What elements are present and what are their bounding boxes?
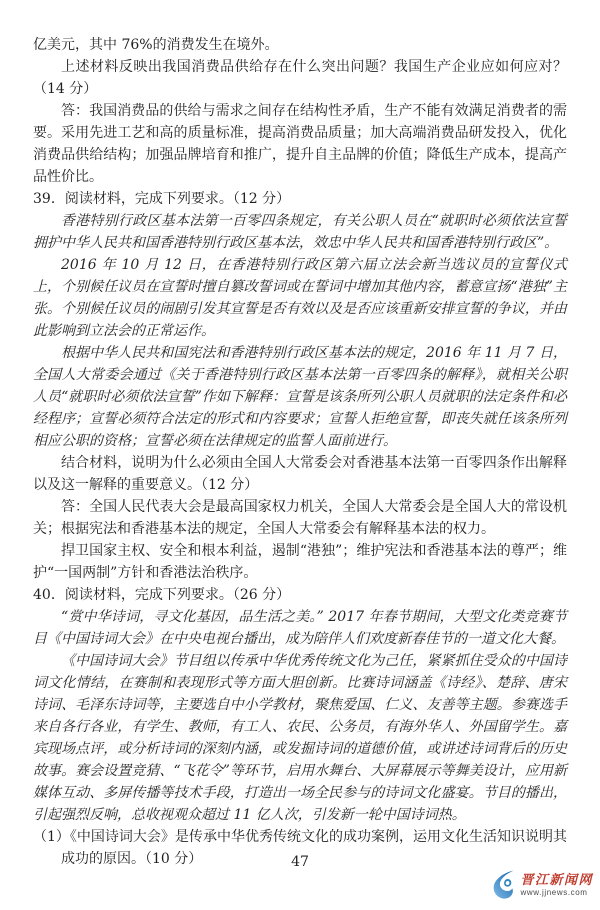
exam-paper-page: 亿美元，其中 76%的消费发生在境外。上述材料反映出我国消费品供给存在什么突出问… (0, 0, 600, 910)
material-paragraph: 香港特别行政区基本法第一百零四条规定，有关公职人员在“就职时必须依法宣誓拥护中华… (33, 210, 567, 254)
swirl-icon (491, 868, 518, 900)
material-paragraph: 2016 年 10 月 12 日，在香港特别行政区第六届立法会新当选议员的宣誓仪… (33, 254, 567, 342)
question-prompt: 上述材料反映出我国消费品供给存在什么突出问题？我国生产企业应如何应对？（14 分… (33, 56, 567, 100)
site-name: 晋江新闻网 (520, 873, 593, 888)
answer-text: 捍卫国家主权、安全和根本利益，遏制“港独”；维护宪法和香港基本法的尊严；维护“一… (33, 540, 567, 584)
carryover-text: 亿美元，其中 76%的消费发生在境外。 (33, 34, 567, 56)
question-39-heading: 39．阅读材料，完成下列要求。（12 分） (33, 188, 567, 210)
site-url: www.jjnews.com (520, 888, 587, 898)
material-paragraph: 根据中华人民共和国宪法和香港特别行政区基本法的规定，2016 年 11 月 7 … (33, 342, 567, 452)
site-watermark-logo: 晋江新闻网 www.jjnews.com (491, 868, 593, 900)
answer-text: 答：全国人民代表大会是最高国家权力机关，全国人大常委会是全国人大的常设机关；根据… (33, 496, 567, 540)
question-39-prompt: 结合材料，说明为什么必须由全国人大常委会对香港基本法第一百零四条作出解释以及这一… (33, 452, 567, 496)
question-40-heading: 40．阅读材料，完成下列要求。（26 分） (33, 584, 567, 606)
answer-text: 答：我国消费品的供给与需求之间存在结构性矛盾，生产不能有效满足消费者的需要。采用… (33, 100, 567, 188)
document-body: 亿美元，其中 76%的消费发生在境外。上述材料反映出我国消费品供给存在什么突出问… (33, 34, 567, 870)
material-paragraph: “赏中华诗词，寻文化基因，品生活之美。” 2017 年春节期间，大型文化类竞赛节… (33, 606, 567, 650)
material-paragraph: 《中国诗词大会》节目组以传承中华优秀传统文化为己任，紧紧抓住受众的中国诗词文化情… (33, 650, 567, 826)
logo-text-block: 晋江新闻网 www.jjnews.com (520, 868, 593, 898)
